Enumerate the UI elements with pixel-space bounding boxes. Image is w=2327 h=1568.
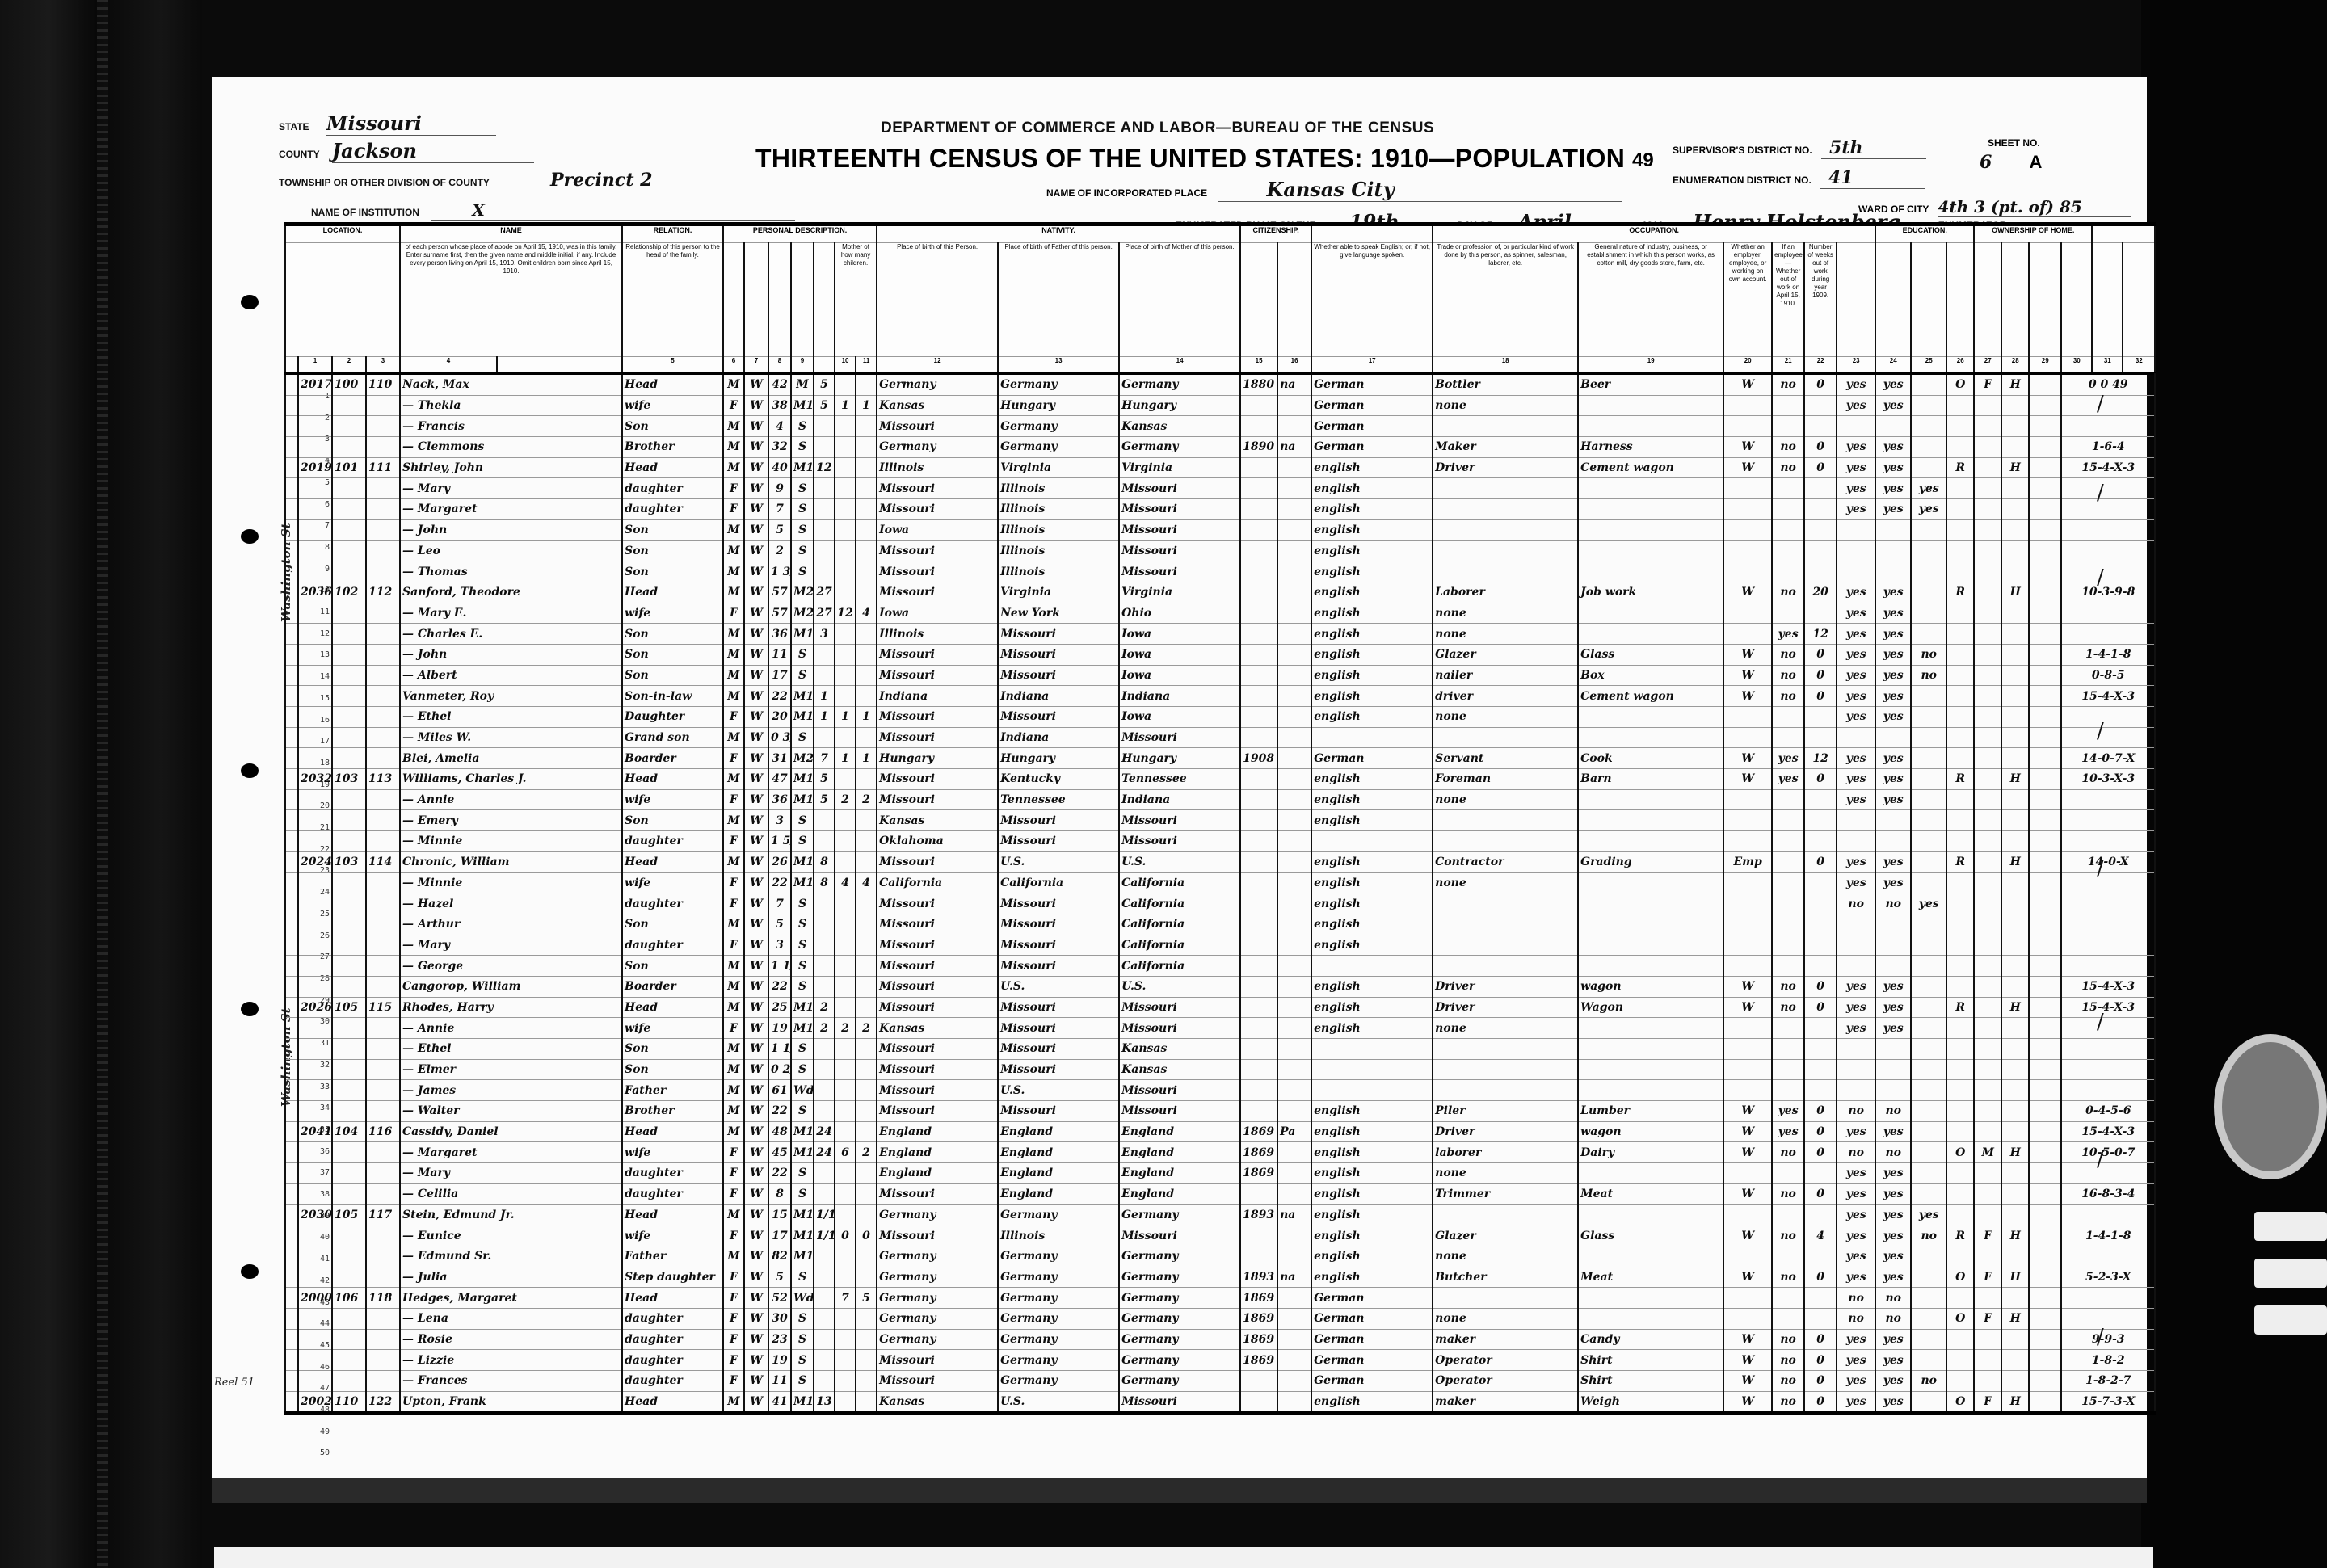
- cell-trade: [1433, 810, 1578, 831]
- cell-family: [366, 1163, 400, 1184]
- binder-hole-icon: [241, 295, 259, 309]
- cell-street: [298, 1225, 332, 1246]
- cell-code: [2061, 810, 2155, 831]
- cell-language: english: [1311, 582, 1433, 603]
- cell-write: yes: [1875, 789, 1911, 810]
- cell-read: [1837, 416, 1875, 437]
- cell-write: yes: [1875, 976, 1911, 997]
- cell-out-of-work: [1772, 478, 1804, 499]
- cell-family: [366, 624, 400, 645]
- cell-language: english: [1311, 935, 1433, 956]
- cell-write: yes: [1875, 499, 1911, 520]
- cell-naturalized: Pa: [1277, 1121, 1311, 1142]
- cell-name: — Margaret: [400, 499, 622, 520]
- cell-school: [1911, 686, 1946, 707]
- cell-sex: M: [723, 727, 744, 748]
- cell-employer: [1723, 872, 1772, 893]
- cell-employer: W: [1723, 748, 1772, 769]
- cell-birth-mother: Germany: [1119, 437, 1240, 458]
- cell-write: [1875, 831, 1911, 852]
- column-number: 15: [1240, 357, 1277, 374]
- cell-code: 15-4-X-3: [2061, 976, 2155, 997]
- cell-street: [298, 976, 332, 997]
- cell-street: [298, 1329, 332, 1350]
- cell-house: H: [2001, 997, 2029, 1018]
- cell-blank: [285, 519, 298, 540]
- column-number: 19: [1578, 357, 1723, 374]
- cell-name: — Thekla: [400, 395, 622, 416]
- cell-children-born: 7: [835, 1288, 856, 1309]
- cell-color: W: [744, 1308, 768, 1329]
- cell-blank: [285, 437, 298, 458]
- cell-color: W: [744, 1039, 768, 1060]
- citizenship-header: CITIZENSHIP.: [1240, 225, 1311, 243]
- cell-birth-mother: Virginia: [1119, 457, 1240, 478]
- cell-out-of-work: yes: [1772, 769, 1804, 790]
- column-number: 1: [298, 357, 332, 374]
- cell-house: H: [2001, 582, 2029, 603]
- cell-naturalized: [1277, 665, 1311, 686]
- cell-school: [1911, 561, 1946, 582]
- cell-birth-mother: England: [1119, 1142, 1240, 1163]
- cell-birth-father: Missouri: [998, 644, 1119, 665]
- cell-out-of-work: no: [1772, 686, 1804, 707]
- cell-owned: [1946, 1371, 1974, 1392]
- cell-relation: daughter: [622, 1308, 723, 1329]
- cell-house: [2001, 1246, 2029, 1267]
- cell-color: W: [744, 956, 768, 977]
- cell-color: W: [744, 1288, 768, 1309]
- cell-code: 15-4-X-3: [2061, 1121, 2155, 1142]
- cell-write: yes: [1875, 748, 1911, 769]
- cell-name: — George: [400, 956, 622, 977]
- margin-tally-mark: /: [2097, 565, 2104, 590]
- cell-street: [298, 1142, 332, 1163]
- cell-read: yes: [1837, 457, 1875, 478]
- reel-bars-mark: [2254, 1212, 2327, 1352]
- cell-name: — Rosie: [400, 1329, 622, 1350]
- cell-employer: [1723, 831, 1772, 852]
- cell-naturalized: [1277, 686, 1311, 707]
- cell-sex: F: [723, 1018, 744, 1039]
- cell-children-born: [835, 1059, 856, 1080]
- cell-weeks: 0: [1804, 1183, 1837, 1204]
- cell-dwelling: 103: [332, 851, 366, 872]
- cell-street: [298, 540, 332, 561]
- cell-school: [1911, 997, 1946, 1018]
- cell-language: english: [1311, 997, 1433, 1018]
- cell-birth-father: England: [998, 1142, 1119, 1163]
- cell-school: yes: [1911, 478, 1946, 499]
- cell-employer: W: [1723, 1350, 1772, 1371]
- cell-language: english: [1311, 519, 1433, 540]
- cell-color: W: [744, 997, 768, 1018]
- cell-trade: driver: [1433, 686, 1578, 707]
- cell-out-of-work: [1772, 810, 1804, 831]
- cell-read: yes: [1837, 707, 1875, 728]
- cell-read: yes: [1837, 748, 1875, 769]
- cell-read: yes: [1837, 1018, 1875, 1039]
- cell-immigration: [1240, 769, 1277, 790]
- cell-birth-father: U.S.: [998, 1080, 1119, 1101]
- cell-free: F: [1974, 1267, 2001, 1288]
- cell-relation: Brother: [622, 1101, 723, 1122]
- cell-language: German: [1311, 416, 1433, 437]
- cell-write: yes: [1875, 665, 1911, 686]
- column-number: [285, 357, 298, 374]
- cell-age: 15: [768, 1204, 791, 1225]
- cell-dwelling: [332, 789, 366, 810]
- cell-language: english: [1311, 789, 1433, 810]
- cell-age: 3: [768, 935, 791, 956]
- sheet-field: SHEET NO. 6 A: [1988, 137, 2042, 173]
- cell-dwelling: [332, 603, 366, 624]
- employer-description: Whether an employer, employee, or workin…: [1723, 243, 1772, 357]
- cell-weeks: [1804, 1039, 1837, 1060]
- cell-color: W: [744, 727, 768, 748]
- cell-name: Stein, Edmund Jr.: [400, 1204, 622, 1225]
- cell-house: [2001, 603, 2029, 624]
- cell-weeks: [1804, 1018, 1837, 1039]
- cell-write: yes: [1875, 582, 1911, 603]
- cell-write: yes: [1875, 478, 1911, 499]
- cell-read: yes: [1837, 1350, 1875, 1371]
- cell-house: [2001, 1121, 2029, 1142]
- cell-children-living: 1: [856, 748, 877, 769]
- cell-dwelling: [332, 748, 366, 769]
- cell-sex: F: [723, 893, 744, 914]
- language-description: Whether able to speak English; or, if no…: [1311, 243, 1433, 357]
- cell-years-married: [814, 416, 835, 437]
- column-number: 16: [1277, 357, 1311, 374]
- cell-school: [1911, 1142, 1946, 1163]
- cell-write: yes: [1875, 769, 1911, 790]
- cell-free: [1974, 1018, 2001, 1039]
- cell-family: [366, 1018, 400, 1039]
- cell-house: [2001, 540, 2029, 561]
- weeks-description: Number of weeks out of work during year …: [1804, 243, 1837, 357]
- cell-blank: [285, 499, 298, 520]
- cell-sex: F: [723, 1308, 744, 1329]
- cell-owned: [1946, 1350, 1974, 1371]
- cell-read: yes: [1837, 1391, 1875, 1414]
- cell-owned: O: [1946, 373, 1974, 395]
- cell-street: [298, 1246, 332, 1267]
- cell-industry: Candy: [1578, 1329, 1723, 1350]
- cell-dwelling: [332, 540, 366, 561]
- cell-age: 22: [768, 1163, 791, 1184]
- cell-age: 52: [768, 1288, 791, 1309]
- cell-relation: Son: [622, 956, 723, 977]
- cell-weeks: [1804, 416, 1837, 437]
- cell-write: [1875, 416, 1911, 437]
- table-row: — EunicewifeFW17M11/1200MissouriIllinois…: [285, 1225, 2155, 1246]
- cell-relation: wife: [622, 872, 723, 893]
- cell-relation: Son: [622, 540, 723, 561]
- cell-naturalized: [1277, 851, 1311, 872]
- cell-language: english: [1311, 665, 1433, 686]
- cell-school: [1911, 1308, 1946, 1329]
- cell-relation: daughter: [622, 1350, 723, 1371]
- cell-street: [298, 1350, 332, 1371]
- cell-birth-person: Missouri: [877, 540, 998, 561]
- cell-birth-father: New York: [998, 603, 1119, 624]
- cell-name: Shirley, John: [400, 457, 622, 478]
- cell-birth-father: Germany: [998, 1308, 1119, 1329]
- cell-children-born: 0: [835, 1225, 856, 1246]
- column-number: [814, 357, 835, 374]
- cell-birth-person: Missouri: [877, 1225, 998, 1246]
- table-row: 2026105115Rhodes, HarryHeadMW25M12Missou…: [285, 997, 2155, 1018]
- cell-street: [298, 437, 332, 458]
- cell-color: W: [744, 1391, 768, 1414]
- cell-children-living: [856, 956, 877, 977]
- cell-owned: [1946, 935, 1974, 956]
- cell-school: [1911, 416, 1946, 437]
- cell-years-married: 1/12: [814, 1204, 835, 1225]
- cell-owned: [1946, 976, 1974, 997]
- cell-blank: [2029, 603, 2061, 624]
- cell-birth-person: Missouri: [877, 956, 998, 977]
- cell-children-living: [856, 1080, 877, 1101]
- cell-family: 113: [366, 769, 400, 790]
- table-row: — CeliliadaughterFW8SMissouriEnglandEngl…: [285, 1183, 2155, 1204]
- cell-owned: [1946, 872, 1974, 893]
- cell-trade: none: [1433, 872, 1578, 893]
- cell-name: — Arthur: [400, 914, 622, 935]
- cell-language: German: [1311, 748, 1433, 769]
- cell-trade: none: [1433, 789, 1578, 810]
- cell-naturalized: [1277, 1288, 1311, 1309]
- cell-color: W: [744, 395, 768, 416]
- cell-house: [2001, 727, 2029, 748]
- cell-color: W: [744, 872, 768, 893]
- cell-weeks: [1804, 872, 1837, 893]
- cell-industry: Glass: [1578, 644, 1723, 665]
- cell-owned: [1946, 519, 1974, 540]
- cell-naturalized: [1277, 1080, 1311, 1101]
- cell-relation: Step daughter: [622, 1267, 723, 1288]
- cell-owned: O: [1946, 1391, 1974, 1414]
- cell-owned: R: [1946, 457, 1974, 478]
- cell-code: [2061, 1246, 2155, 1267]
- cell-immigration: [1240, 893, 1277, 914]
- cell-birth-father: Germany: [998, 1329, 1119, 1350]
- table-row: — MargaretwifeFW45M12462EnglandEnglandEn…: [285, 1142, 2155, 1163]
- cell-owned: [1946, 603, 1974, 624]
- ward-label: WARD OF CITY: [1858, 204, 1929, 215]
- cell-name: Upton, Frank: [400, 1391, 622, 1414]
- cell-read: no: [1837, 1142, 1875, 1163]
- cell-naturalized: [1277, 478, 1311, 499]
- cell-weeks: [1804, 707, 1837, 728]
- cell-children-born: [835, 1267, 856, 1288]
- table-row: Vanmeter, RoySon-in-lawMW22M11IndianaInd…: [285, 686, 2155, 707]
- cell-house: [2001, 478, 2029, 499]
- cell-children-born: [835, 1080, 856, 1101]
- cell-blank: [2029, 624, 2061, 645]
- cell-owned: [1946, 748, 1974, 769]
- cell-language: [1311, 1039, 1433, 1060]
- cell-relation: Head: [622, 373, 723, 395]
- cell-employer: [1723, 810, 1772, 831]
- cell-employer: [1723, 1059, 1772, 1080]
- cell-relation: Son: [622, 561, 723, 582]
- cell-employer: [1723, 727, 1772, 748]
- cell-birth-mother: Missouri: [1119, 499, 1240, 520]
- cell-marital: S: [791, 561, 814, 582]
- cell-blank: [285, 893, 298, 914]
- cell-free: [1974, 997, 2001, 1018]
- cell-house: [2001, 1101, 2029, 1122]
- cell-blank: [285, 1059, 298, 1080]
- cell-years-married: [814, 914, 835, 935]
- cell-sex: M: [723, 561, 744, 582]
- trade-description: Trade or profession of, or particular ki…: [1433, 243, 1578, 357]
- relation-header: RELATION.: [622, 225, 723, 243]
- cell-birth-person: Indiana: [877, 686, 998, 707]
- cell-birth-father: U.S.: [998, 851, 1119, 872]
- cell-employer: [1723, 1204, 1772, 1225]
- cell-employer: [1723, 1308, 1772, 1329]
- cell-immigration: [1240, 499, 1277, 520]
- cell-age: 1 3/12: [768, 561, 791, 582]
- cell-language: english: [1311, 810, 1433, 831]
- cell-birth-person: Missouri: [877, 789, 998, 810]
- cell-immigration: [1240, 914, 1277, 935]
- cell-school: [1911, 582, 1946, 603]
- cell-code: 14-0-7-X: [2061, 748, 2155, 769]
- cell-birth-mother: Missouri: [1119, 478, 1240, 499]
- cell-industry: Shirt: [1578, 1350, 1723, 1371]
- cell-owned: R: [1946, 582, 1974, 603]
- cell-name: — Thomas: [400, 561, 622, 582]
- cell-read: yes: [1837, 1204, 1875, 1225]
- cell-street: 2036: [298, 582, 332, 603]
- cell-blank: [2029, 1308, 2061, 1329]
- cell-school: [1911, 373, 1946, 395]
- column-number: 17: [1311, 357, 1433, 374]
- cell-free: [1974, 1163, 2001, 1184]
- cell-owned: [1946, 1288, 1974, 1309]
- cell-birth-father: Hungary: [998, 748, 1119, 769]
- cell-sex: M: [723, 519, 744, 540]
- margin-tally-mark: /: [2097, 1147, 2104, 1171]
- cell-house: H: [2001, 457, 2029, 478]
- cell-years-married: 13: [814, 1391, 835, 1414]
- cell-color: W: [744, 1142, 768, 1163]
- cell-sex: M: [723, 416, 744, 437]
- cell-blank: [285, 1039, 298, 1060]
- cell-birth-mother: Missouri: [1119, 810, 1240, 831]
- cell-school: [1911, 851, 1946, 872]
- cell-read: yes: [1837, 769, 1875, 790]
- cell-family: 122: [366, 1391, 400, 1414]
- cell-owned: [1946, 395, 1974, 416]
- cell-industry: wagon: [1578, 976, 1723, 997]
- cell-birth-person: England: [877, 1121, 998, 1142]
- cell-relation: Son: [622, 624, 723, 645]
- cell-immigration: [1240, 1059, 1277, 1080]
- cell-blank: [285, 686, 298, 707]
- cell-language: english: [1311, 893, 1433, 914]
- cell-owned: [1946, 1204, 1974, 1225]
- cell-house: [2001, 1288, 2029, 1309]
- cell-birth-person: Missouri: [877, 499, 998, 520]
- cell-out-of-work: [1772, 851, 1804, 872]
- cell-read: yes: [1837, 582, 1875, 603]
- ownership-header: OWNERSHIP OF HOME.: [1974, 225, 2092, 243]
- cell-relation: Father: [622, 1080, 723, 1101]
- table-row: — Miles W.Grand sonMW0 3/12SMissouriIndi…: [285, 727, 2155, 748]
- cell-sex: M: [723, 1059, 744, 1080]
- cell-marital: M1: [791, 457, 814, 478]
- census-entries: 2017100110Nack, MaxHeadMW42M5GermanyGerm…: [285, 373, 2155, 1414]
- cell-free: [1974, 851, 2001, 872]
- cell-immigration: [1240, 976, 1277, 997]
- cell-dwelling: 110: [332, 1391, 366, 1414]
- cell-out-of-work: no: [1772, 665, 1804, 686]
- cell-marital: M1: [791, 1204, 814, 1225]
- cell-blank: [2029, 395, 2061, 416]
- cell-read: yes: [1837, 872, 1875, 893]
- cell-immigration: [1240, 1371, 1277, 1392]
- column-number: 2: [332, 357, 366, 374]
- cell-naturalized: [1277, 416, 1311, 437]
- cell-blank: [2029, 1059, 2061, 1080]
- cell-years-married: [814, 1350, 835, 1371]
- cell-code: [2061, 831, 2155, 852]
- cell-weeks: 0: [1804, 769, 1837, 790]
- cell-children-living: 2: [856, 1018, 877, 1039]
- table-row: — FrancesdaughterFW11SMissouriGermanyGer…: [285, 1371, 2155, 1392]
- cell-birth-father: Missouri: [998, 1101, 1119, 1122]
- cell-dwelling: [332, 1350, 366, 1371]
- cell-dwelling: 101: [332, 457, 366, 478]
- cell-sex: M: [723, 1101, 744, 1122]
- cell-birth-father: Virginia: [998, 582, 1119, 603]
- cell-school: yes: [1911, 893, 1946, 914]
- cell-house: [2001, 1350, 2029, 1371]
- cell-owned: [1946, 644, 1974, 665]
- cell-children-born: [835, 416, 856, 437]
- cell-family: [366, 1371, 400, 1392]
- cell-marital: S: [791, 644, 814, 665]
- cell-color: W: [744, 1225, 768, 1246]
- cell-school: [1911, 872, 1946, 893]
- cell-weeks: 0: [1804, 976, 1837, 997]
- cell-weeks: [1804, 1288, 1837, 1309]
- cell-age: 22: [768, 976, 791, 997]
- cell-children-born: 1: [835, 748, 856, 769]
- cell-birth-father: Missouri: [998, 914, 1119, 935]
- cell-weeks: [1804, 561, 1837, 582]
- cell-marital: S: [791, 1039, 814, 1060]
- cell-birth-mother: Missouri: [1119, 997, 1240, 1018]
- sheet-number: 6: [1980, 152, 1992, 173]
- cell-age: 1 5/12: [768, 831, 791, 852]
- cell-school: [1911, 1391, 1946, 1414]
- cell-children-living: [856, 519, 877, 540]
- cell-street: [298, 789, 332, 810]
- cell-street: [298, 519, 332, 540]
- cell-write: yes: [1875, 707, 1911, 728]
- cell-industry: Cement wagon: [1578, 457, 1723, 478]
- table-row: — MarydaughterFW3SMissouriMissouriCalifo…: [285, 935, 2155, 956]
- cell-children-born: 12: [835, 603, 856, 624]
- cell-house: [2001, 644, 2029, 665]
- cell-house: [2001, 665, 2029, 686]
